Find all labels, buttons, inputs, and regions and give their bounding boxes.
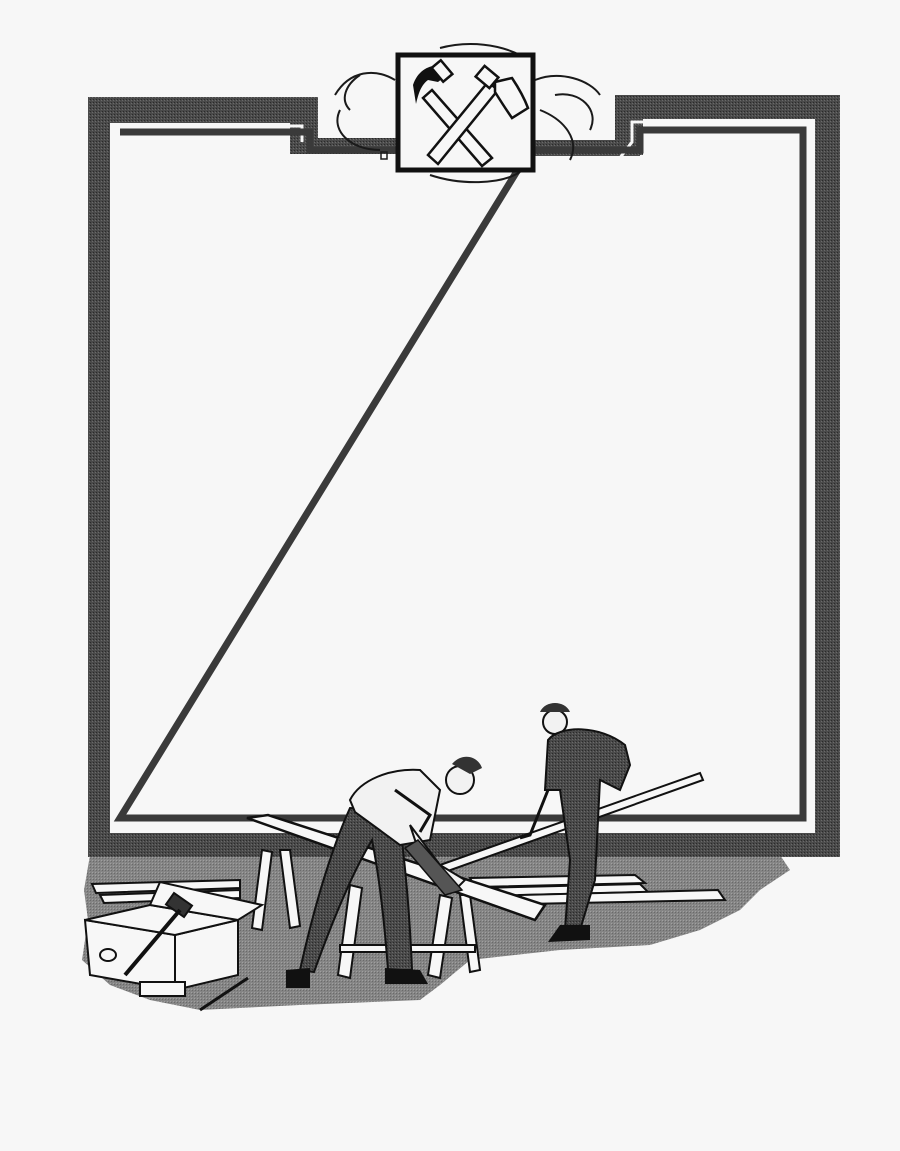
frame: [88, 95, 840, 857]
emblem: [398, 55, 533, 170]
artwork-svg: [0, 0, 900, 1151]
illustration-canvas: [0, 0, 900, 1151]
